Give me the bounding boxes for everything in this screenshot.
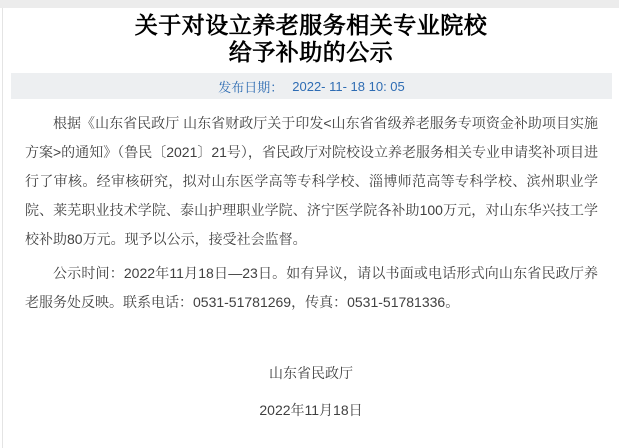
publish-date-value: 2022- 11- 18 10: 05 [292, 79, 405, 94]
body-paragraph-1: 根据《山东省民政厅 山东省财政厅关于印发<山东省省级养老服务专项资金补助项目实施… [25, 109, 598, 254]
signature-date: 2022年11月18日 [3, 396, 619, 425]
announcement-body: 根据《山东省民政厅 山东省财政厅关于印发<山东省省级养老服务专项资金补助项目实施… [3, 99, 619, 317]
announcement-panel: 关于对设立养老服务相关专业院校 给予补助的公示 发布日期： 2022- 11- … [2, 8, 619, 448]
signature-agency: 山东省民政厅 [3, 359, 619, 388]
page-title-line-1: 关于对设立养老服务相关专业院校 [135, 12, 488, 38]
body-paragraph-2: 公示时间：2022年11月18日—23日。如有异议，请以书面或电话形式向山东省民… [25, 259, 598, 317]
signature-block: 山东省民政厅 2022年11月18日 [3, 359, 619, 425]
page-title: 关于对设立养老服务相关专业院校 给予补助的公示 [3, 12, 619, 66]
publish-date-label: 发布日期： [218, 77, 283, 96]
page-top-strip [0, 0, 619, 8]
publish-date-bar: 发布日期： 2022- 11- 18 10: 05 [11, 73, 612, 99]
page-title-line-2: 给予补助的公示 [229, 39, 394, 65]
